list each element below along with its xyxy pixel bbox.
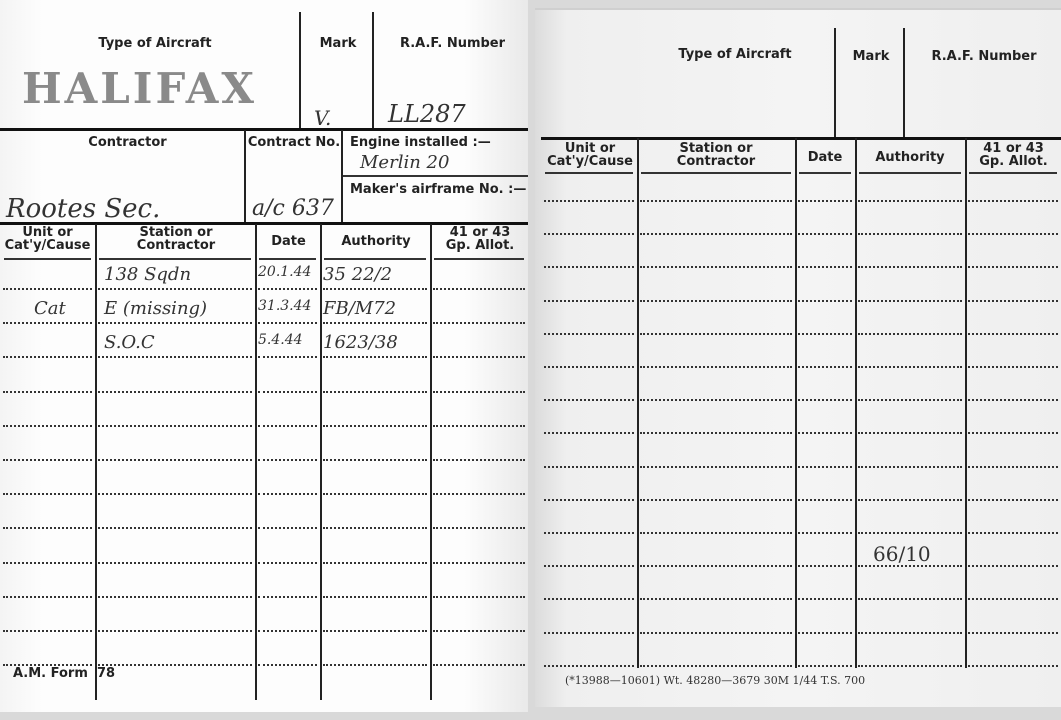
row-line <box>544 233 634 235</box>
raf-number-value: LL287 <box>388 100 466 128</box>
contract-no-label: Contract No. <box>246 136 342 150</box>
row-line <box>544 366 634 368</box>
row-line <box>798 532 852 534</box>
row-line <box>258 630 317 632</box>
cell-authority: 35 22/2 <box>323 264 392 285</box>
row-line <box>640 200 792 202</box>
mark-label: Mark <box>837 50 905 64</box>
row-line <box>323 527 427 529</box>
row-line <box>640 598 792 600</box>
row-line <box>433 664 525 666</box>
row-line <box>798 399 852 401</box>
cell-unit: Cat <box>34 298 66 319</box>
right-page: Type of Aircraft Mark R.A.F. Number Unit… <box>535 8 1061 707</box>
divider <box>95 224 97 700</box>
row-line <box>640 565 792 567</box>
row-line <box>968 532 1058 534</box>
row-line <box>798 565 852 567</box>
row-line <box>798 665 852 667</box>
divider <box>259 258 316 260</box>
col-date-header: Date <box>796 151 854 164</box>
row-line <box>323 630 427 632</box>
row-line <box>640 632 792 634</box>
row-line <box>798 598 852 600</box>
divider <box>99 258 251 260</box>
row-line <box>258 322 317 324</box>
row-line <box>3 356 92 358</box>
row-line <box>323 356 427 358</box>
row-line <box>858 399 962 401</box>
row-line <box>258 664 317 666</box>
divider <box>855 138 857 668</box>
authority-annotation: 66/10 <box>873 542 931 566</box>
row-line <box>640 266 792 268</box>
cell-date: 5.4.44 <box>258 332 303 348</box>
row-line <box>858 598 962 600</box>
row-line <box>968 499 1058 501</box>
divider <box>372 12 374 129</box>
divider <box>324 258 426 260</box>
row-line <box>544 266 634 268</box>
cell-date: 31.3.44 <box>258 298 311 314</box>
row-line <box>858 366 962 368</box>
row-line <box>968 300 1058 302</box>
col-unit-header: Unit or Cat'y/Cause <box>0 226 95 252</box>
row-line <box>98 459 252 461</box>
contract-no-value: a/c 637 <box>252 196 334 221</box>
print-code: (*13988—10601) Wt. 48280—3679 30M 1/44 T… <box>565 674 865 687</box>
cell-station: 138 Sqdn <box>104 264 191 285</box>
col-station-header: Station or Contractor <box>639 142 793 168</box>
row-line <box>258 459 317 461</box>
raf-number-label: R.A.F. Number <box>380 37 525 51</box>
row-line <box>640 233 792 235</box>
row-line <box>640 466 792 468</box>
row-line <box>323 596 427 598</box>
row-line <box>433 527 525 529</box>
row-line <box>798 333 852 335</box>
row-line <box>258 493 317 495</box>
divider <box>903 28 905 140</box>
row-line <box>3 562 92 564</box>
engine-installed-label: Engine installed :— <box>350 136 491 150</box>
row-line <box>3 288 92 290</box>
row-line <box>98 527 252 529</box>
row-line <box>798 466 852 468</box>
row-line <box>258 562 317 564</box>
row-line <box>258 391 317 393</box>
row-line <box>98 288 252 290</box>
row-line <box>858 665 962 667</box>
divider <box>434 258 524 260</box>
divider <box>4 258 91 260</box>
row-line <box>98 322 252 324</box>
divider <box>637 138 639 668</box>
col-station-header: Station or Contractor <box>97 226 255 252</box>
row-line <box>3 425 92 427</box>
row-line <box>544 665 634 667</box>
row-line <box>433 493 525 495</box>
row-line <box>798 300 852 302</box>
row-line <box>98 562 252 564</box>
row-line <box>544 200 634 202</box>
row-line <box>968 598 1058 600</box>
row-line <box>3 630 92 632</box>
row-line <box>323 664 427 666</box>
row-line <box>433 356 525 358</box>
row-line <box>544 300 634 302</box>
form-label: A.M. Form <box>13 667 88 681</box>
divider <box>799 172 851 174</box>
row-line <box>968 632 1058 634</box>
row-line <box>798 432 852 434</box>
row-line <box>258 596 317 598</box>
row-line <box>968 266 1058 268</box>
row-line <box>98 425 252 427</box>
engine-installed-value: Merlin 20 <box>360 152 449 173</box>
row-line <box>98 391 252 393</box>
divider <box>341 130 343 224</box>
divider <box>834 28 836 140</box>
row-line <box>323 562 427 564</box>
row-line <box>798 499 852 501</box>
row-line <box>258 288 317 290</box>
row-line <box>798 233 852 235</box>
aircraft-type-stamp: HALIFAX <box>22 64 257 113</box>
row-line <box>323 322 427 324</box>
raf-number-label: R.A.F. Number <box>907 50 1061 64</box>
row-line <box>544 399 634 401</box>
row-line <box>98 356 252 358</box>
row-line <box>98 664 252 666</box>
row-line <box>798 632 852 634</box>
divider <box>0 128 528 131</box>
row-line <box>544 499 634 501</box>
divider <box>641 172 791 174</box>
row-line <box>640 532 792 534</box>
row-line <box>640 665 792 667</box>
row-line <box>544 598 634 600</box>
col-allot-header: 41 or 43 Gp. Allot. <box>966 142 1061 168</box>
divider <box>299 12 301 129</box>
row-line <box>968 233 1058 235</box>
row-line <box>798 200 852 202</box>
row-line <box>258 527 317 529</box>
cell-station: E (missing) <box>104 298 207 319</box>
row-line <box>968 665 1058 667</box>
row-line <box>323 391 427 393</box>
row-line <box>858 300 962 302</box>
divider <box>541 137 1061 140</box>
row-line <box>433 425 525 427</box>
row-line <box>544 466 634 468</box>
row-line <box>3 527 92 529</box>
row-line <box>858 266 962 268</box>
col-allot-header: 41 or 43 Gp. Allot. <box>432 226 528 252</box>
divider <box>965 138 967 668</box>
row-line <box>858 466 962 468</box>
row-line <box>433 322 525 324</box>
type-of-aircraft-label: Type of Aircraft <box>625 48 845 62</box>
divider <box>969 172 1057 174</box>
contractor-label: Contractor <box>20 136 235 150</box>
row-line <box>98 630 252 632</box>
divider <box>430 224 432 700</box>
row-line <box>3 459 92 461</box>
row-line <box>433 630 525 632</box>
row-line <box>433 391 525 393</box>
row-line <box>858 632 962 634</box>
form-number: 78 <box>97 667 115 681</box>
row-line <box>433 288 525 290</box>
row-line <box>640 499 792 501</box>
row-line <box>968 200 1058 202</box>
col-date-header: Date <box>257 235 320 248</box>
row-line <box>968 399 1058 401</box>
row-line <box>323 493 427 495</box>
row-line <box>968 466 1058 468</box>
divider <box>320 224 322 700</box>
row-line <box>3 493 92 495</box>
divider <box>795 138 797 668</box>
col-authority-header: Authority <box>856 151 964 164</box>
row-line <box>858 432 962 434</box>
row-line <box>640 300 792 302</box>
row-line <box>640 399 792 401</box>
divider <box>255 224 257 700</box>
row-line <box>858 333 962 335</box>
row-line <box>544 632 634 634</box>
row-line <box>858 499 962 501</box>
cell-station: S.O.C <box>104 332 155 353</box>
mark-value: V. <box>314 106 331 130</box>
row-line <box>433 459 525 461</box>
mark-label: Mark <box>303 37 373 51</box>
cell-authority: 1623/38 <box>323 332 398 353</box>
row-line <box>640 432 792 434</box>
row-line <box>858 532 962 534</box>
row-line <box>258 425 317 427</box>
col-authority-header: Authority <box>322 235 430 248</box>
row-line <box>968 565 1058 567</box>
contractor-value: Rootes Sec. <box>6 194 160 224</box>
divider <box>859 172 961 174</box>
row-line <box>323 425 427 427</box>
left-page: Type of Aircraft Mark R.A.F. Number HALI… <box>0 0 528 712</box>
row-line <box>323 459 427 461</box>
row-line <box>968 432 1058 434</box>
row-line <box>858 233 962 235</box>
row-line <box>544 333 634 335</box>
divider <box>343 175 528 177</box>
cell-date: 20.1.44 <box>258 264 311 280</box>
divider <box>545 172 633 174</box>
row-line <box>544 532 634 534</box>
divider <box>244 130 246 224</box>
row-line <box>3 322 92 324</box>
row-line <box>433 562 525 564</box>
cell-authority: FB/M72 <box>323 298 396 319</box>
row-line <box>258 356 317 358</box>
row-line <box>798 266 852 268</box>
row-line <box>640 333 792 335</box>
type-of-aircraft-label: Type of Aircraft <box>60 37 250 51</box>
row-line <box>858 200 962 202</box>
row-line <box>98 596 252 598</box>
row-line <box>323 288 427 290</box>
row-line <box>3 596 92 598</box>
row-line <box>968 366 1058 368</box>
row-line <box>968 333 1058 335</box>
row-line <box>433 596 525 598</box>
row-line <box>544 565 634 567</box>
row-line <box>544 432 634 434</box>
col-unit-header: Unit or Cat'y/Cause <box>543 142 637 168</box>
makers-airframe-label: Maker's airframe No. :— <box>350 183 526 197</box>
row-line <box>98 493 252 495</box>
row-line <box>3 391 92 393</box>
row-line <box>640 366 792 368</box>
row-line <box>798 366 852 368</box>
